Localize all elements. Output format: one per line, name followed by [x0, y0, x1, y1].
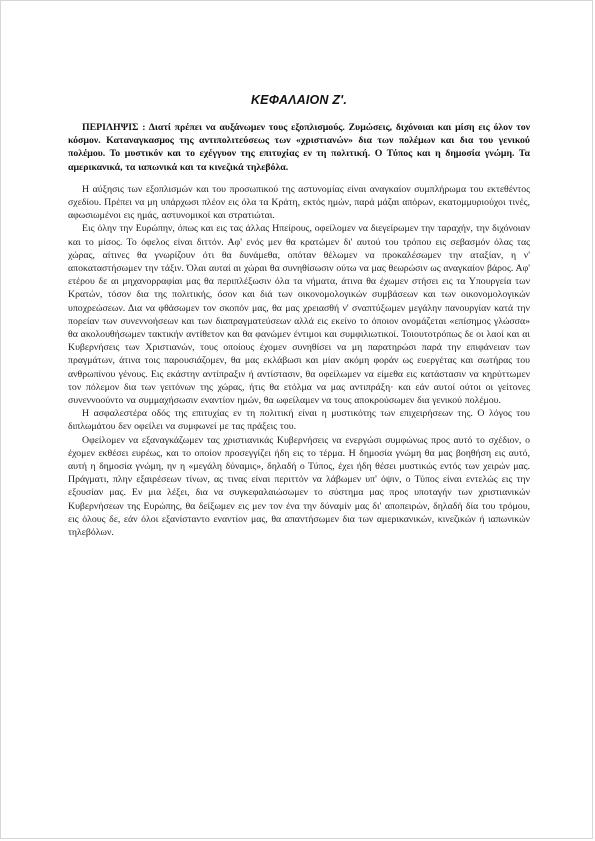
document-content: ΚΕΦΑΛΑΙΟΝ Ζ'. ΠΕΡΙΛΗΨΙΣ : Διατί πρέπει ν…	[68, 93, 530, 539]
chapter-title: ΚΕΦΑΛΑΙΟΝ Ζ'.	[68, 93, 530, 107]
summary-paragraph: ΠΕΡΙΛΗΨΙΣ : Διατί πρέπει να αυξάνωμεν το…	[68, 121, 530, 174]
body-paragraph-3: Η ασφαλεστέρα οδός της επιτυχίας εν τη π…	[68, 407, 530, 433]
body-paragraph-1: Η αύξησις των εξοπλισμών και του προσωπι…	[68, 183, 530, 223]
document-page: ΚΕΦΑΛΑΙΟΝ Ζ'. ΠΕΡΙΛΗΨΙΣ : Διατί πρέπει ν…	[0, 0, 593, 839]
body-paragraph-4: Οφείλομεν να εξαναγκάζωμεν τας χριστιανι…	[68, 434, 530, 540]
body-paragraph-2: Εις όλην την Ευρώπην, όπως και εις τας ά…	[68, 222, 530, 407]
